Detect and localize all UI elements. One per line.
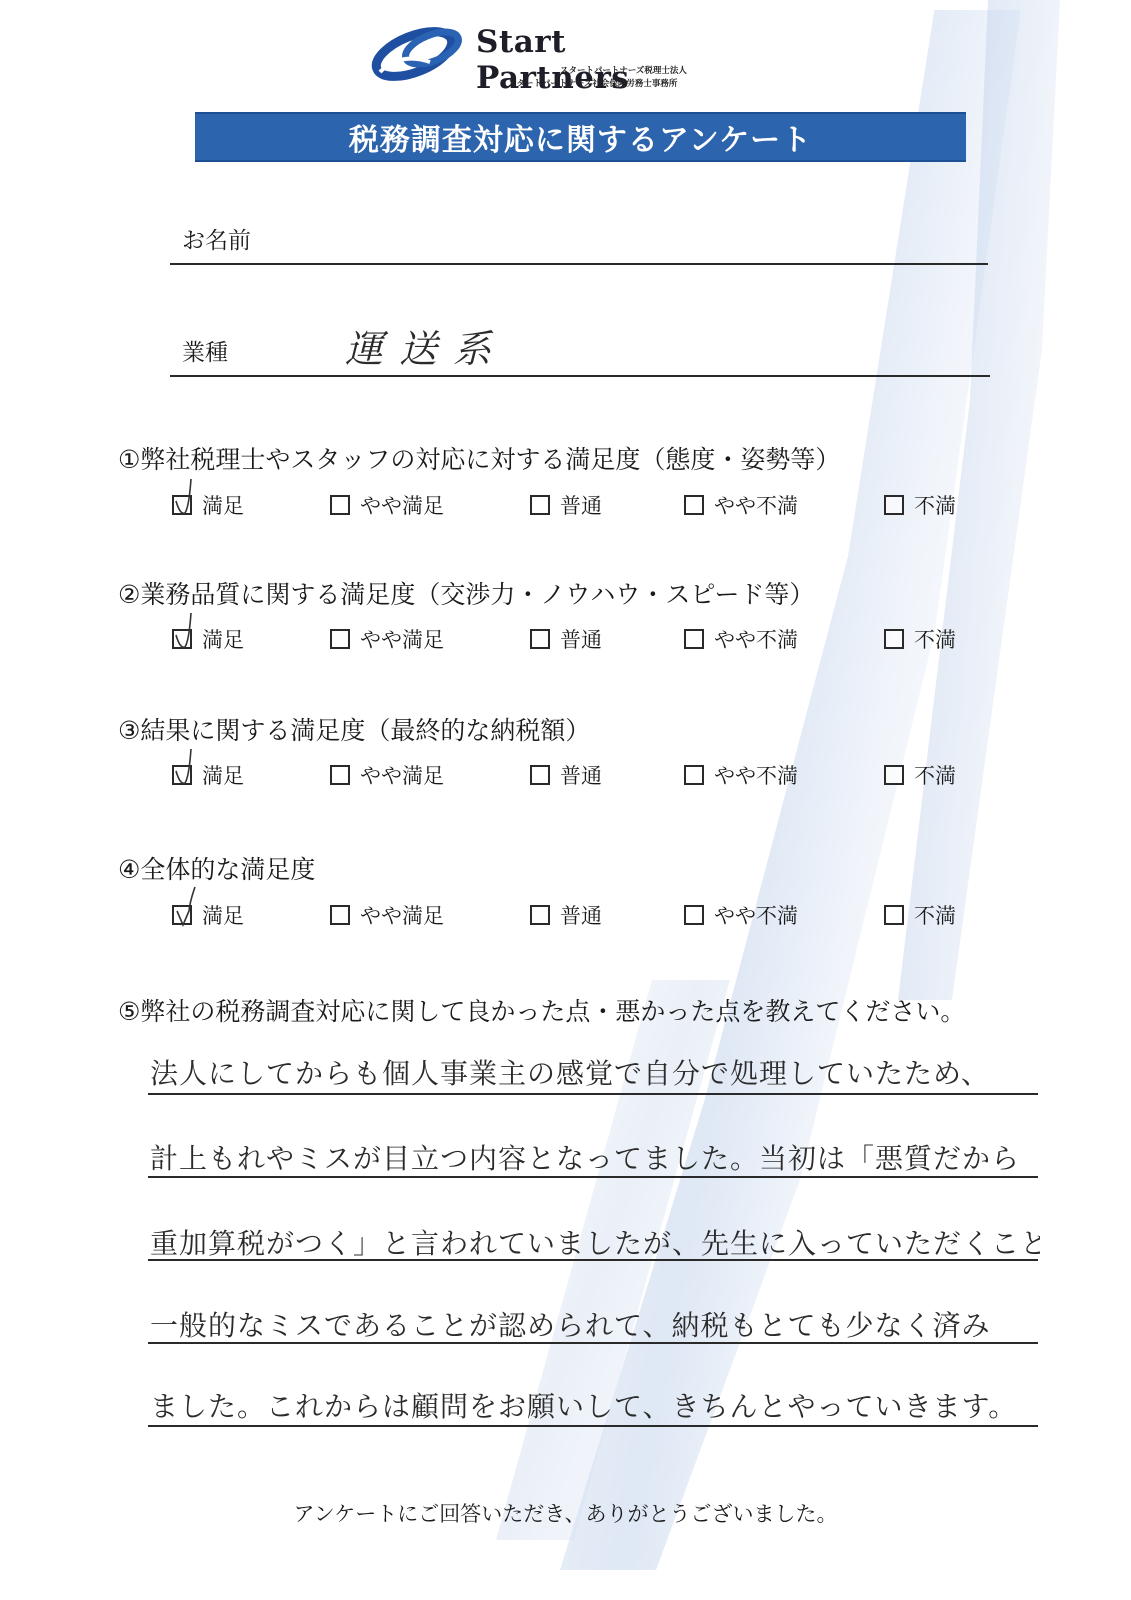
industry-field-label: 業種 xyxy=(182,334,228,367)
option-dissatisfied[interactable]: 不満 xyxy=(884,900,956,930)
option-satisfied[interactable]: 満足 xyxy=(172,490,244,520)
checkbox[interactable] xyxy=(684,765,704,785)
checkbox[interactable] xyxy=(530,765,550,785)
option-somewhat-dissatisfied[interactable]: やや不満 xyxy=(684,760,798,790)
logo-swirl-icon xyxy=(370,22,474,82)
question-1-options: 満足 やや満足 普通 やや不満 不満 xyxy=(0,490,1131,524)
company-subtitle: スタートパートナーズ税理士法人 xyxy=(560,64,687,76)
checkbox[interactable] xyxy=(530,629,550,649)
option-label: やや不満 xyxy=(714,490,798,520)
checkmark-icon xyxy=(171,471,201,517)
option-label: やや満足 xyxy=(360,760,444,790)
option-label: やや満足 xyxy=(360,490,444,520)
checkbox-checked[interactable] xyxy=(172,765,192,785)
option-label: 満足 xyxy=(202,624,244,654)
question-2-label: ②業務品質に関する満足度（交渉力・ノウハウ・スピード等） xyxy=(118,575,814,611)
name-field-label: お名前 xyxy=(182,222,251,255)
checkbox-checked[interactable] xyxy=(172,495,192,515)
question-3-options: 満足 やや満足 普通 やや不満 不満 xyxy=(0,760,1131,794)
option-label: 不満 xyxy=(914,900,956,930)
checkbox[interactable] xyxy=(530,495,550,515)
comment-line-5[interactable]: ました。これからは顧問をお願いして、きちんとやっていきます。 xyxy=(150,1385,1040,1425)
option-neutral[interactable]: 普通 xyxy=(530,490,602,520)
option-somewhat-satisfied[interactable]: やや満足 xyxy=(330,624,444,654)
option-somewhat-dissatisfied[interactable]: やや不満 xyxy=(684,490,798,520)
checkbox-checked[interactable] xyxy=(172,629,192,649)
checkbox[interactable] xyxy=(330,765,350,785)
option-somewhat-satisfied[interactable]: やや満足 xyxy=(330,760,444,790)
checkbox[interactable] xyxy=(330,905,350,925)
option-label: 不満 xyxy=(914,760,956,790)
option-label: 普通 xyxy=(560,490,602,520)
option-label: 普通 xyxy=(560,900,602,930)
checkmark-icon xyxy=(171,741,201,787)
question-1-label: ①弊社税理士やスタッフの対応に対する満足度（態度・姿勢等） xyxy=(118,440,840,476)
option-dissatisfied[interactable]: 不満 xyxy=(884,490,956,520)
option-label: 不満 xyxy=(914,624,956,654)
checkbox[interactable] xyxy=(684,905,704,925)
question-5-label: ⑤弊社の税務調査対応に関して良かった点・悪かった点を教えてください。 xyxy=(118,992,965,1028)
question-2-options: 満足 やや満足 普通 やや不満 不満 xyxy=(0,624,1131,658)
option-label: 満足 xyxy=(202,900,244,930)
company-subtitle: スタートパートナーズ社会保険労務士事務所 xyxy=(508,77,677,89)
comment-line-4[interactable]: 一般的なミスであることが認められて、納税もとても少なく済み xyxy=(150,1304,1040,1344)
comment-line-1[interactable]: 法人にしてからも個人事業主の感覚で自分で処理していたため、 xyxy=(150,1052,1040,1092)
industry-field-underline xyxy=(170,375,990,377)
option-dissatisfied[interactable]: 不満 xyxy=(884,624,956,654)
option-somewhat-dissatisfied[interactable]: やや不満 xyxy=(684,900,798,930)
comment-underline xyxy=(148,1093,1038,1095)
option-label: やや満足 xyxy=(360,900,444,930)
comment-underline xyxy=(148,1176,1038,1178)
checkbox[interactable] xyxy=(884,765,904,785)
company-logo: Start Partners スタートパートナーズ税理士法人 スタートパートナー… xyxy=(370,20,730,90)
comment-underline xyxy=(148,1342,1038,1344)
checkbox[interactable] xyxy=(684,495,704,515)
industry-field-value[interactable]: 運送系 xyxy=(345,318,507,373)
option-label: 満足 xyxy=(202,760,244,790)
form-title: 税務調査対応に関するアンケート xyxy=(349,115,812,159)
comment-underline xyxy=(148,1259,1038,1261)
option-label: やや満足 xyxy=(360,624,444,654)
option-somewhat-satisfied[interactable]: やや満足 xyxy=(330,900,444,930)
option-label: やや不満 xyxy=(714,900,798,930)
option-neutral[interactable]: 普通 xyxy=(530,624,602,654)
checkbox[interactable] xyxy=(330,629,350,649)
checkmark-icon xyxy=(171,881,201,927)
checkbox[interactable] xyxy=(330,495,350,515)
option-label: 普通 xyxy=(560,624,602,654)
checkbox[interactable] xyxy=(884,629,904,649)
option-satisfied[interactable]: 満足 xyxy=(172,624,244,654)
comment-line-2[interactable]: 計上もれやミスが目立つ内容となってました。当初は「悪質だから xyxy=(150,1137,1040,1177)
option-label: やや不満 xyxy=(714,624,798,654)
option-neutral[interactable]: 普通 xyxy=(530,900,602,930)
checkbox[interactable] xyxy=(684,629,704,649)
option-label: 満足 xyxy=(202,490,244,520)
option-dissatisfied[interactable]: 不満 xyxy=(884,760,956,790)
option-label: やや不満 xyxy=(714,760,798,790)
question-4-options: 満足 やや満足 普通 やや不満 不満 xyxy=(0,900,1131,934)
option-satisfied[interactable]: 満足 xyxy=(172,760,244,790)
name-field-underline xyxy=(170,263,988,265)
comment-underline xyxy=(148,1425,1038,1427)
option-somewhat-dissatisfied[interactable]: やや不満 xyxy=(684,624,798,654)
question-4-label: ④全体的な満足度 xyxy=(118,850,315,886)
option-label: 普通 xyxy=(560,760,602,790)
thank-you-footer: アンケートにご回答いただき、ありがとうございました。 xyxy=(0,1498,1131,1528)
checkbox[interactable] xyxy=(884,905,904,925)
comment-line-3[interactable]: 重加算税がつく」と言われていましたが、先生に入っていただくことで xyxy=(150,1222,1040,1262)
option-somewhat-satisfied[interactable]: やや満足 xyxy=(330,490,444,520)
checkbox[interactable] xyxy=(530,905,550,925)
form-title-bar: 税務調査対応に関するアンケート xyxy=(195,112,966,162)
checkmark-icon xyxy=(171,605,201,651)
checkbox-checked[interactable] xyxy=(172,905,192,925)
option-label: 不満 xyxy=(914,490,956,520)
checkbox[interactable] xyxy=(884,495,904,515)
option-satisfied[interactable]: 満足 xyxy=(172,900,244,930)
option-neutral[interactable]: 普通 xyxy=(530,760,602,790)
